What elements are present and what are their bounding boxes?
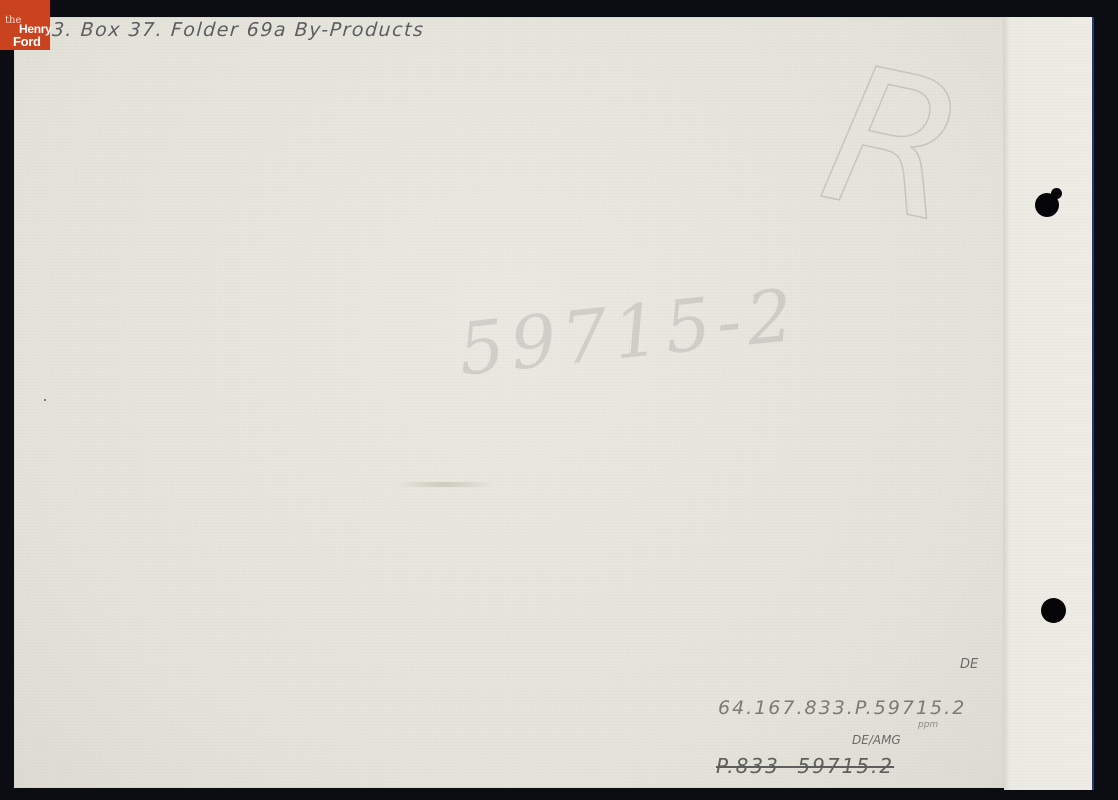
binder-tab xyxy=(1004,17,1094,790)
old-number-struck: P.833- 59715.2 xyxy=(716,754,894,778)
ppm-note: ppm xyxy=(918,720,938,730)
logo-ford: Ford xyxy=(13,35,41,48)
binder-hole-bottom xyxy=(1041,598,1066,623)
initials-top: DE xyxy=(960,657,978,672)
paper-speck xyxy=(44,399,46,401)
henry-ford-logo[interactable]: the Henry Ford xyxy=(0,0,50,50)
folder-note: 3. Box 37. Folder 69a By-Products xyxy=(51,19,425,41)
accession-number: 64.167.833.P.59715.2 xyxy=(718,697,966,719)
binder-hole-top xyxy=(1035,193,1059,217)
initials-mid: DE/AMG xyxy=(852,733,901,747)
paper-smudge xyxy=(395,482,495,487)
